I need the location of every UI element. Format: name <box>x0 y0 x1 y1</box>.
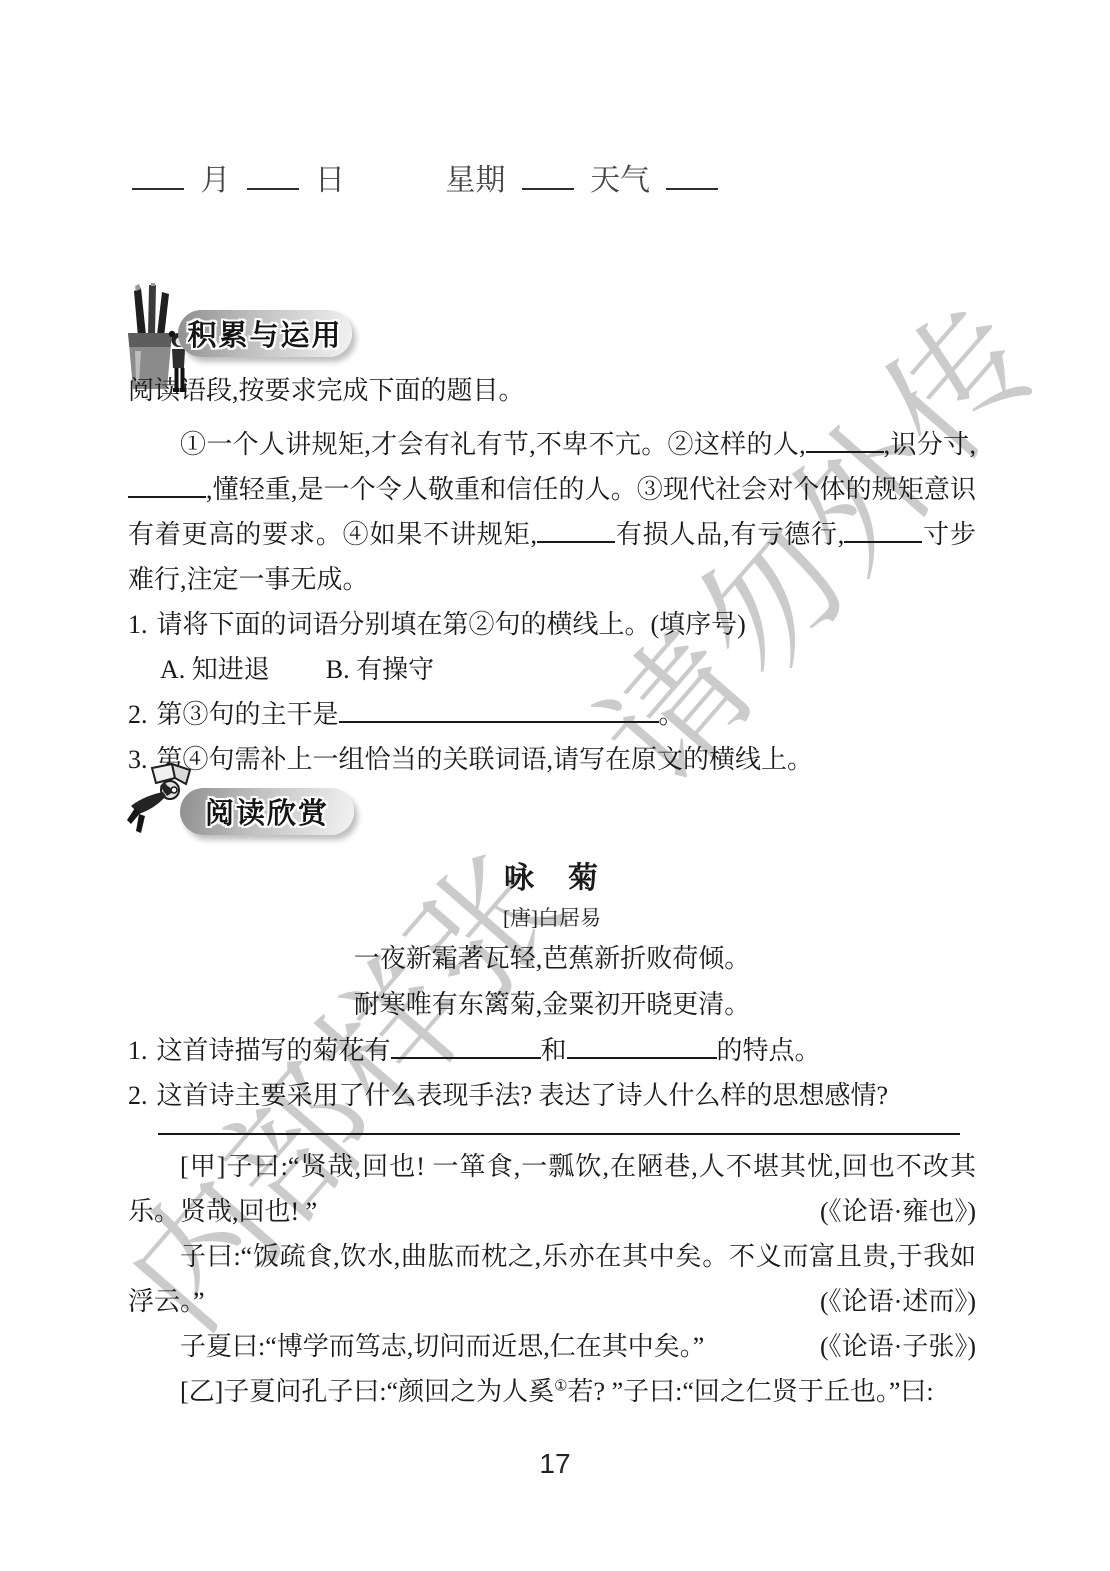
poem-line: 一夜新霜著瓦轻,芭蕉新折败荷倾。 <box>128 936 976 982</box>
question-text: 这首诗描写的菊花有 <box>157 1036 391 1065</box>
analects-passage: 子夏曰:“博学而笃志,切问而近思,仁在其中矣。” <box>128 1324 976 1369</box>
question-1: 1.请将下面的词语分别填在第②句的横线上。(填序号) <box>128 602 976 647</box>
weather-blank <box>666 160 718 190</box>
question-number: 1. <box>128 1036 148 1065</box>
section-divider <box>158 1133 960 1135</box>
question-number: 2. <box>128 1081 148 1110</box>
day-label: 日 <box>315 161 345 201</box>
answer-blank <box>339 697 659 723</box>
question-text: 和 <box>541 1036 567 1065</box>
section2-title: 阅读欣赏 <box>205 791 329 832</box>
poem-line: 耐寒唯有东篱菊,金粟初开晓更清。 <box>128 982 976 1028</box>
section-banner: 积累与运用 <box>178 310 352 357</box>
passage-seg: 有损人品,有亏德行, <box>615 520 844 549</box>
fill-in-blank <box>128 472 206 498</box>
week-blank <box>522 160 574 190</box>
footnote-marker: ① <box>554 1378 567 1394</box>
question-text: 第④句需补上一组恰当的关联词语,请写在原文的横线上。 <box>157 745 814 774</box>
option-a: A. 知进退 <box>160 647 270 692</box>
date-header: 月 日 星期 天气 <box>132 160 980 201</box>
page-content: 月 日 星期 天气 <box>128 0 976 1571</box>
analects-passage: 子曰:“饭疏食,饮水,曲肱而枕之,乐亦在其中矣。不义而富且贵,于我如浮云。” <box>128 1234 976 1324</box>
fill-in-blank <box>537 517 615 543</box>
section1-intro: 阅读语段,按要求完成下面的题目。 <box>128 368 976 413</box>
poem-question-2: 2.这首诗主要采用了什么表现手法? 表达了诗人什么样的思想感情? <box>128 1073 976 1118</box>
month-label: 月 <box>200 161 230 201</box>
question-text: 请将下面的词语分别填在第②句的横线上。(填序号) <box>157 610 746 639</box>
section2-questions: 1.这首诗描写的菊花有和的特点。 2.这首诗主要采用了什么表现手法? 表达了诗人… <box>128 1028 976 1118</box>
question-2: 2.第③句的主干是。 <box>128 692 976 737</box>
day-blank <box>247 160 299 190</box>
question-text: 。 <box>659 700 685 729</box>
passage-seg: [乙]子夏问孔子曰:“颜回之为人奚 <box>180 1377 554 1406</box>
poem-author: [唐]白居易 <box>128 900 976 936</box>
section1-title: 积累与运用 <box>187 313 342 354</box>
weather-label: 天气 <box>590 161 650 201</box>
month-blank <box>132 160 184 190</box>
option-b: B. 有操守 <box>326 647 434 692</box>
poem-question-1: 1.这首诗描写的菊花有和的特点。 <box>128 1028 976 1073</box>
passage-seg: 若? ”子曰:“回之仁贤于丘也。”曰: <box>568 1377 934 1406</box>
section1-questions: 1.请将下面的词语分别填在第②句的横线上。(填序号) A. 知进退 B. 有操守… <box>128 602 976 782</box>
worksheet-page: 内部样张 请勿外传 月 日 星期 天气 <box>0 0 1110 1571</box>
options-row: A. 知进退 B. 有操守 <box>128 647 976 692</box>
poem-title: 咏 菊 <box>128 858 976 900</box>
answer-blank <box>567 1033 717 1059</box>
fill-in-blank <box>806 427 884 453</box>
section-banner: 阅读欣赏 <box>180 788 354 835</box>
question-3: 3.第④句需补上一组恰当的关联词语,请写在原文的横线上。 <box>128 737 976 782</box>
analects-passage: [甲]子曰:“贤哉,回也! 一箪食,一瓢饮,在陋巷,人不堪其忧,回也不改其乐。贤… <box>128 1144 976 1234</box>
page-number: 17 <box>0 1448 1110 1480</box>
week-label: 星期 <box>445 161 505 201</box>
passage-seg: ①一个人讲规矩,才会有礼有节,不卑不亢。②这样的人, <box>180 430 806 459</box>
passage: ①一个人讲规矩,才会有礼有节,不卑不亢。②这样的人,,识分寸,,懂轻重,是一个令… <box>128 422 976 602</box>
question-text: 这首诗主要采用了什么表现手法? 表达了诗人什么样的思想感情? <box>157 1081 889 1110</box>
fill-in-blank <box>844 517 922 543</box>
passage-seg: ,识分寸, <box>884 430 976 459</box>
question-text: 第③句的主干是 <box>157 700 339 729</box>
question-text: 的特点。 <box>717 1036 821 1065</box>
question-number: 1. <box>128 610 148 639</box>
analects-passage: [乙]子夏问孔子曰:“颜回之为人奚①若? ”子曰:“回之仁贤于丘也。”曰: <box>128 1369 976 1414</box>
question-number: 2. <box>128 700 148 729</box>
poem: 咏 菊 [唐]白居易 一夜新霜著瓦轻,芭蕉新折败荷倾。 耐寒唯有东篱菊,金粟初开… <box>128 858 976 1028</box>
classical-reading: (《论语·雍也》) (《论语·述而》) (《论语·子张》) [甲]子曰:“贤哉,… <box>128 1144 976 1414</box>
answer-blank <box>391 1033 541 1059</box>
